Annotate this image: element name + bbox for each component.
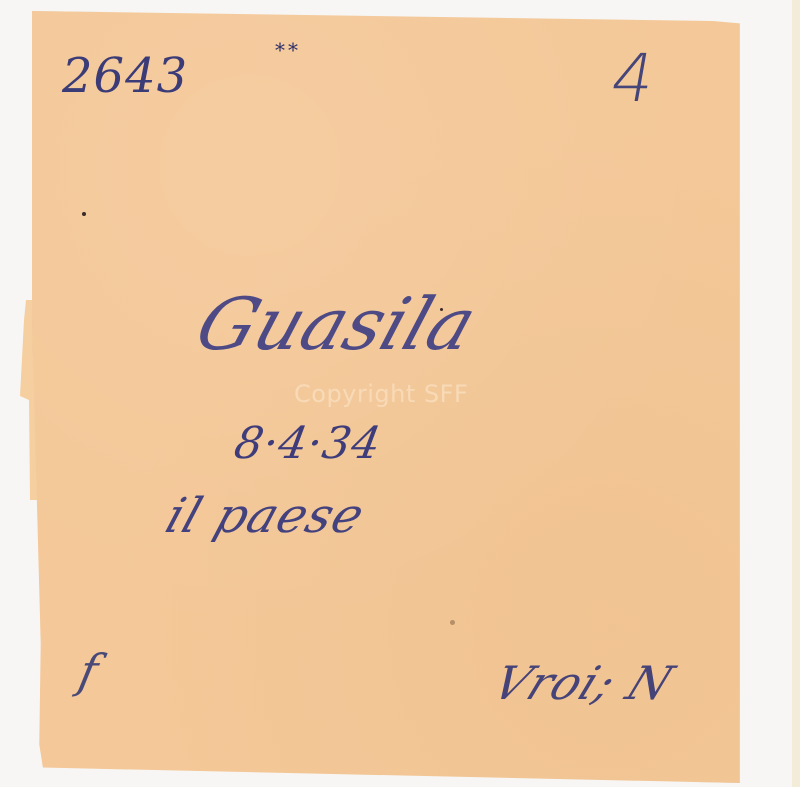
catalog-number: 2643 xyxy=(62,48,188,104)
copyright-watermark: Copyright SFF xyxy=(294,380,468,408)
caption: il paese xyxy=(159,488,372,544)
paper-speck xyxy=(82,212,86,216)
paper-speck xyxy=(450,620,455,625)
corner-mark-right: Vroi; N xyxy=(485,656,682,710)
place-name: Guasila xyxy=(186,282,486,366)
catalog-number-text: 2643 xyxy=(62,48,188,104)
date: 8·4·34 xyxy=(231,418,386,469)
catalog-star-marks: ** xyxy=(275,38,301,62)
backdrop-edge xyxy=(792,0,800,787)
